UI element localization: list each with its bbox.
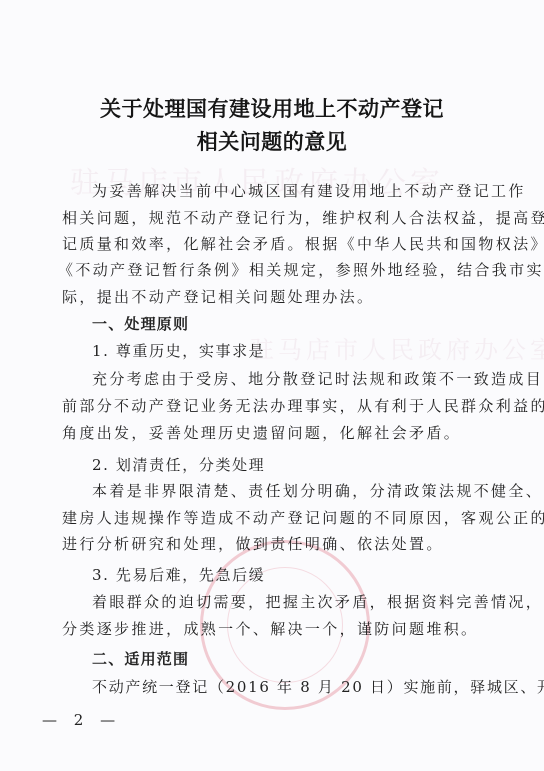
page-number: — 2 —	[42, 711, 121, 729]
paragraph-line: 充分考虑由于受房、地分散登记时法规和政策不一致造成目	[92, 369, 484, 389]
paragraph-line: 建房人违规操作等造成不动产登记问题的不同原因，客观公正的	[62, 508, 484, 528]
document-title-line-1: 关于处理国有建设用地上不动产登记	[0, 93, 544, 123]
subsection-heading-3: 3. 先易后难，先急后缓	[92, 565, 484, 585]
paragraph-line: 《不动产登记暂行条例》相关规定，参照外地经验，结合我市实	[58, 260, 480, 280]
paragraph-line: 相关问题，规范不动产登记行为，维护权利人合法权益，提高登	[62, 208, 484, 228]
document-title-line-2: 相关问题的意见	[0, 126, 544, 156]
paragraph-line: 角度出发，妥善处理历史遗留问题，化解社会矛盾。	[62, 423, 484, 443]
paragraph-line: 前部分不动产登记业务无法办理事实，从有利于人民群众利益的	[62, 396, 484, 416]
section-heading-2: 二、适用范围	[92, 649, 484, 669]
paragraph-line: 为妥善解决当前中心城区国有建设用地上不动产登记工作	[92, 181, 484, 201]
document-page: 驻马店市人民政府办公室 驻马店市人民政府办公室 关于处理国有建设用地上不动产登记…	[0, 0, 544, 771]
section-heading-1: 一、处理原则	[92, 314, 484, 334]
paragraph-line: 分类逐步推进，成熟一个、解决一个，谨防问题堆积。	[62, 619, 484, 639]
paragraph-line: 记质量和效率，化解社会矛盾。根据《中华人民共和国物权法》	[62, 234, 484, 254]
paragraph-line: 际，提出不动产登记相关问题处理办法。	[62, 287, 484, 307]
paragraph-line: 着眼群众的迫切需要，把握主次矛盾，根据资料完善情况，	[92, 592, 484, 612]
paragraph-line: 不动产统一登记（2016 年 8 月 20 日）实施前，驿城区、开	[92, 677, 484, 697]
paragraph-line: 本着是非界限清楚、责任划分明确，分清政策法规不健全、	[92, 481, 484, 501]
subsection-heading-2: 2. 划清责任，分类处理	[92, 455, 484, 475]
paragraph-line: 进行分析研究和处理，做到责任明确、依法处置。	[62, 534, 484, 554]
subsection-heading-1: 1. 尊重历史，实事求是	[92, 341, 484, 361]
